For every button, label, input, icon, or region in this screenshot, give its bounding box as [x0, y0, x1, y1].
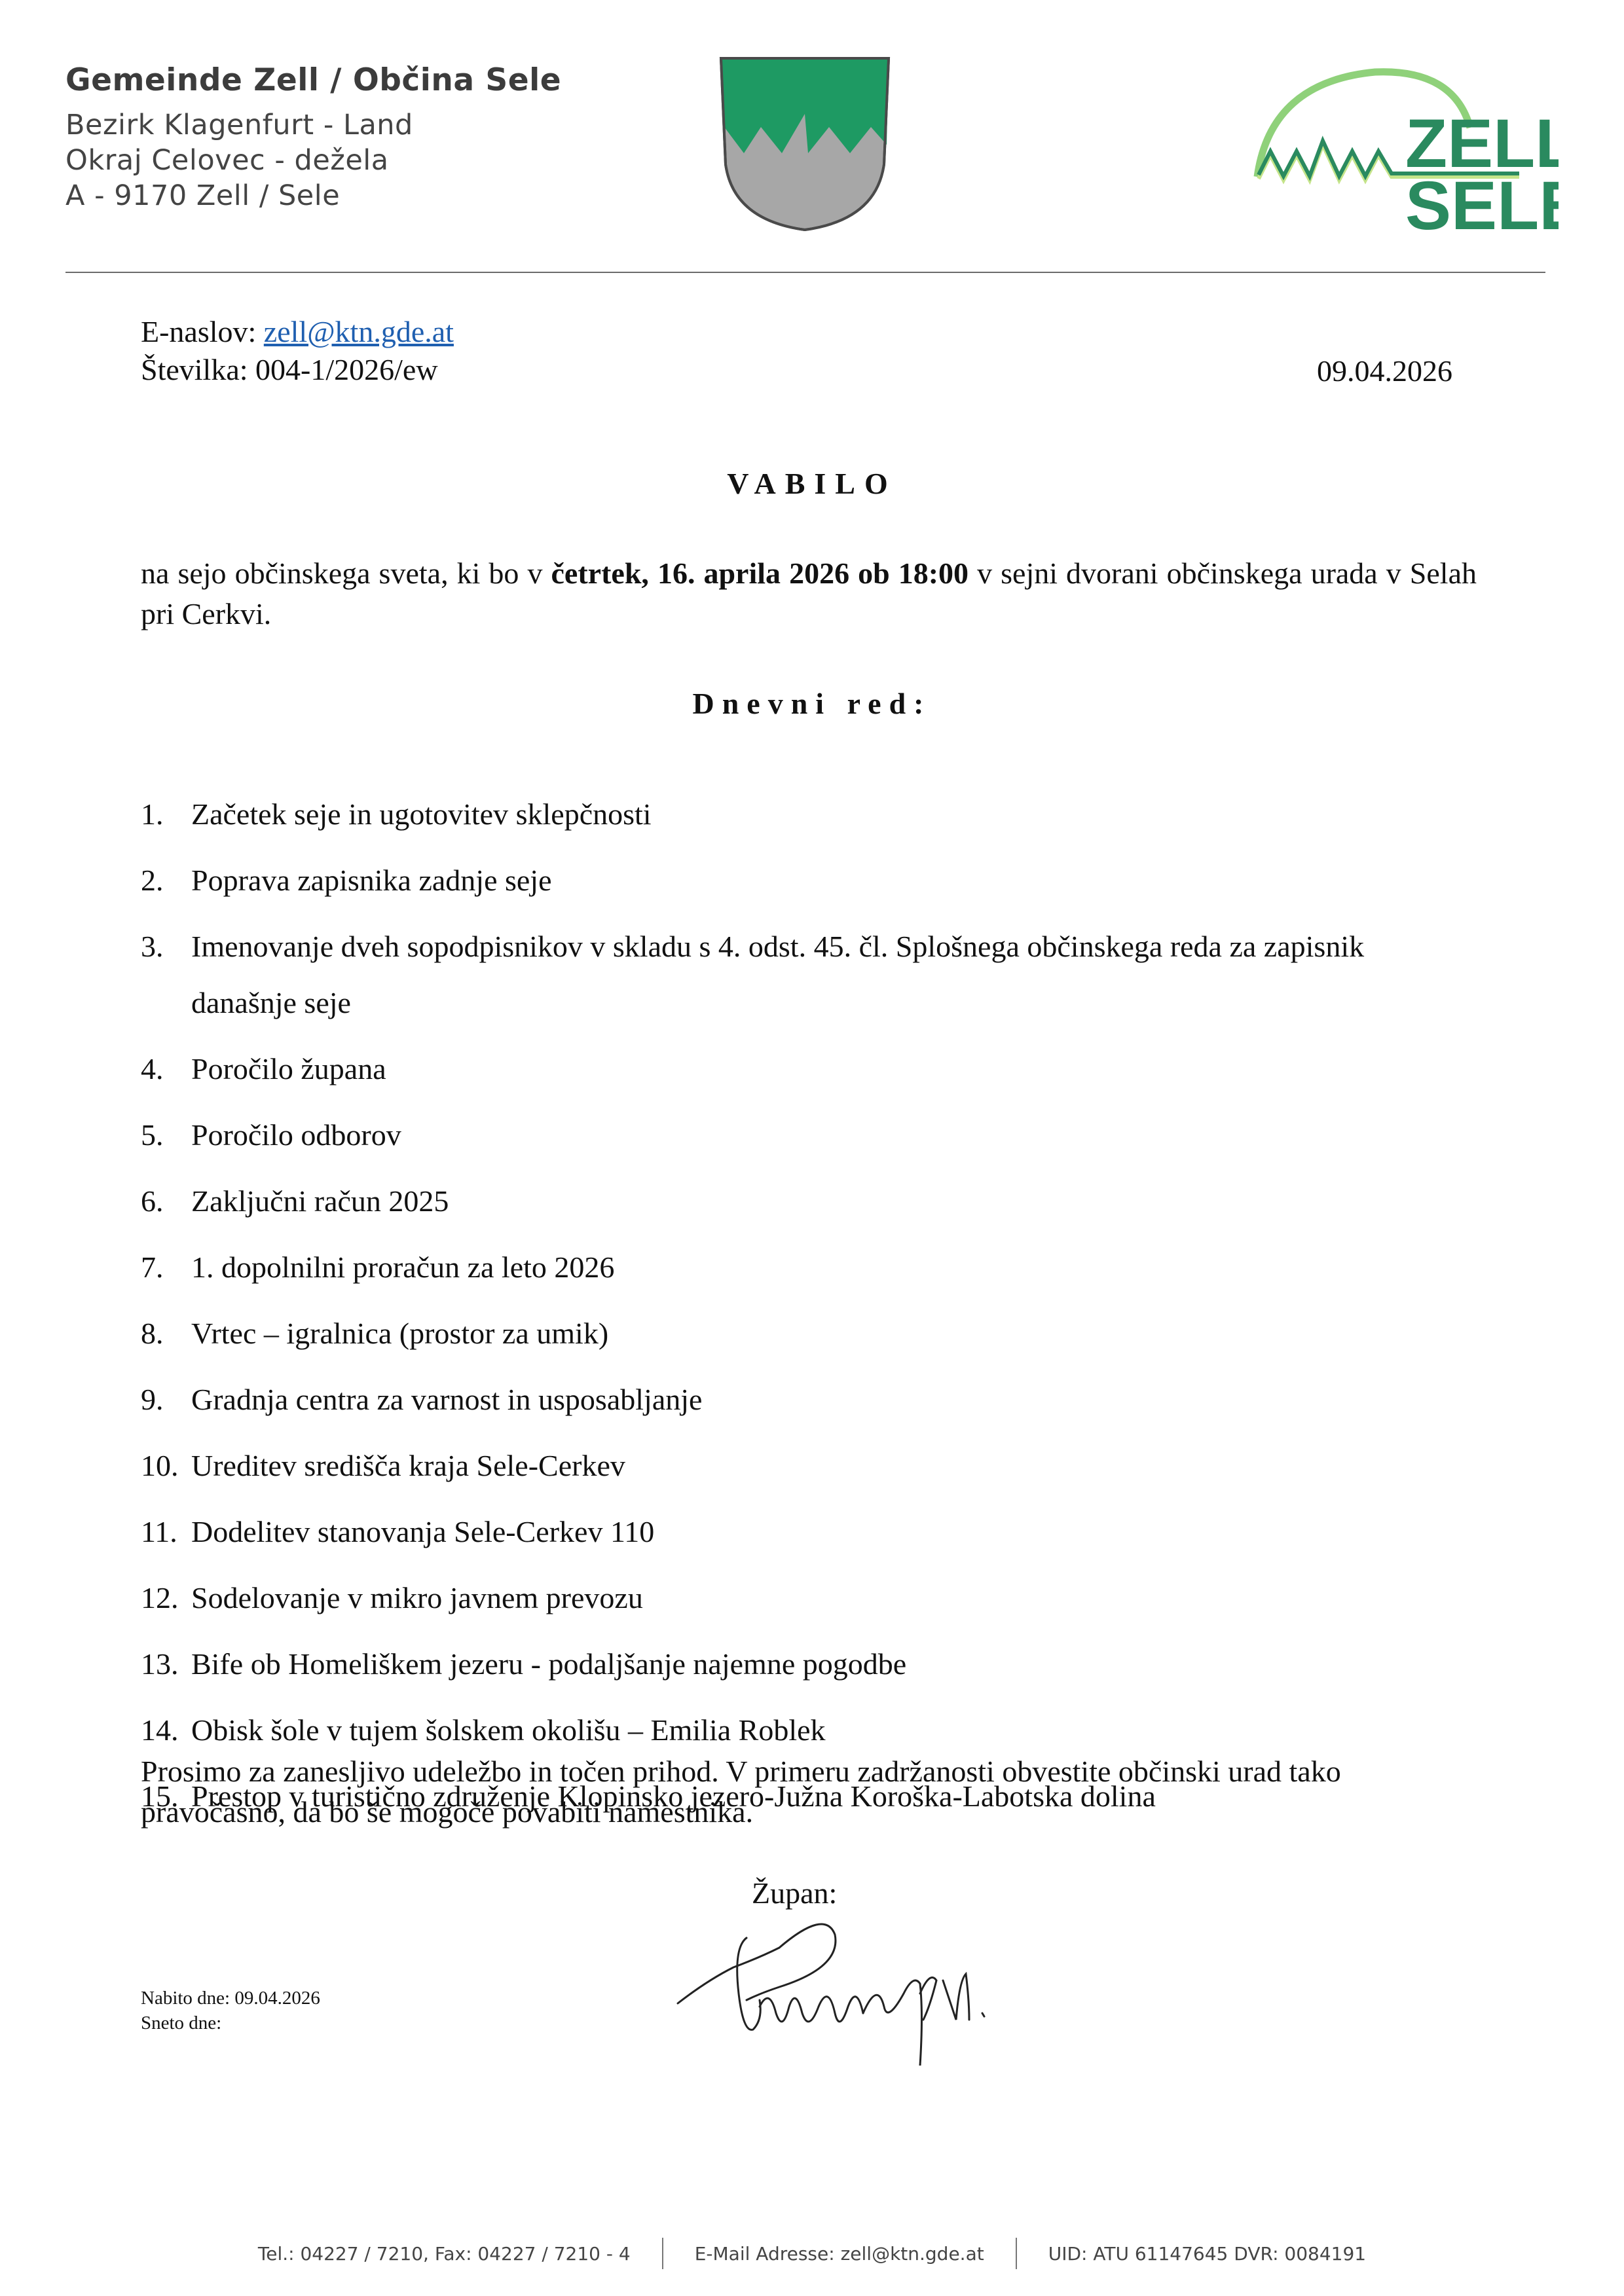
- header-divider: [65, 272, 1545, 273]
- agenda-item-number: 3.: [141, 928, 191, 1031]
- agenda-item-text: Poročilo odborov: [191, 1107, 1450, 1163]
- posted-date: Nabito dne: 09.04.2026: [141, 1986, 320, 2011]
- agenda-item-text: Ureditev središča kraja Sele-Cerkev: [191, 1438, 1450, 1494]
- agenda-item-number: 2.: [141, 862, 191, 909]
- agenda-item: 13.Bife ob Homeliškem jezeru - podaljšan…: [141, 1645, 1450, 1692]
- agenda-item: 2.Poprava zapisnika zadnje seje: [141, 862, 1450, 909]
- agenda-item-number: 11.: [141, 1513, 191, 1560]
- footer-divider: [1016, 2238, 1017, 2269]
- agenda-item-number: 7.: [141, 1248, 191, 1296]
- agenda-item-number: 8.: [141, 1315, 191, 1362]
- footer-divider: [662, 2238, 663, 2269]
- agenda-item-number: 13.: [141, 1645, 191, 1692]
- agenda-item: 11.Dodelitev stanovanja Sele-Cerkev 110: [141, 1513, 1450, 1560]
- address-line: Bezirk Klagenfurt - Land: [65, 107, 561, 143]
- agenda-item-number: 10.: [141, 1447, 191, 1494]
- footer-ids: UID: ATU 61147645 DVR: 0084191: [1048, 2243, 1366, 2265]
- agenda-item: 5.Poročilo odborov: [141, 1116, 1450, 1163]
- letter-date: 09.04.2026: [1317, 354, 1452, 388]
- meeting-datetime: četrtek, 16. aprila 2026 ob 18:00: [551, 556, 969, 590]
- address-line: A - 9170 Zell / Sele: [65, 178, 561, 213]
- intro-text: na sejo občinskega sveta, ki bo v: [141, 556, 551, 590]
- handwritten-signature-icon: [661, 1908, 1087, 2066]
- agenda-item: 9.Gradnja centra za varnost in usposablj…: [141, 1381, 1450, 1428]
- agenda-item-number: 5.: [141, 1116, 191, 1163]
- agenda-item-text: Dodelitev stanovanja Sele-Cerkev 110: [191, 1504, 1450, 1560]
- agenda-item: 12.Sodelovanje v mikro javnem prevozu: [141, 1579, 1450, 1626]
- agenda-item-text: Poprava zapisnika zadnje seje: [191, 852, 1450, 909]
- mayor-label: Župan:: [752, 1876, 837, 1910]
- agenda-item-text: Gradnja centra za varnost in usposabljan…: [191, 1372, 1450, 1428]
- agenda-item-text: Vrtec – igralnica (prostor za umik): [191, 1305, 1450, 1362]
- agenda-item-text: Obisk šole v tujem šolskem okolišu – Emi…: [191, 1702, 1450, 1758]
- agenda-list: 1.Začetek seje in ugotovitev sklepčnosti…: [141, 795, 1450, 1844]
- agenda-item-text: Poročilo župana: [191, 1041, 1450, 1097]
- agenda-item-number: 9.: [141, 1381, 191, 1428]
- removed-date: Sneto dne:: [141, 2011, 320, 2035]
- agenda-item-number: 12.: [141, 1579, 191, 1626]
- reference-number-line: Številka: 004-1/2026/ew: [141, 351, 454, 389]
- agenda-item-text: Bife ob Homeliškem jezeru - podaljšanje …: [191, 1636, 1450, 1692]
- address-line: Okraj Celovec - dežela: [65, 143, 561, 178]
- agenda-item: 7.1. dopolnilni proračun za leto 2026: [141, 1248, 1450, 1296]
- zell-sele-logo-icon: ZELL SELE: [1244, 56, 1559, 236]
- agenda-item: 1.Začetek seje in ugotovitev sklepčnosti: [141, 795, 1450, 843]
- reference-number: 004-1/2026/ew: [255, 353, 438, 386]
- svg-text:SELE: SELE: [1405, 168, 1559, 236]
- email-label: E-naslov:: [141, 315, 256, 348]
- number-label: Številka:: [141, 353, 248, 386]
- footer-phone: Tel.: 04227 / 7210, Fax: 04227 / 7210 - …: [258, 2243, 631, 2265]
- email-line: E-naslov: zell@ktn.gde.at: [141, 313, 454, 351]
- agenda-item: 3.Imenovanje dveh sopodpisnikov v skladu…: [141, 928, 1450, 1031]
- document-title: VABILO: [0, 466, 1624, 501]
- letterhead-organization: Gemeinde Zell / Občina Sele Bezirk Klage…: [65, 62, 561, 213]
- invitation-text: na sejo občinskega sveta, ki bo v četrte…: [141, 553, 1477, 634]
- coat-of-arms-icon: [719, 56, 891, 232]
- agenda-item: 4.Poročilo župana: [141, 1050, 1450, 1097]
- agenda-item-number: 1.: [141, 795, 191, 843]
- agenda-item-number: 4.: [141, 1050, 191, 1097]
- footer-email: E-Mail Adresse: zell@ktn.gde.at: [695, 2243, 984, 2265]
- agenda-item-number: 6.: [141, 1182, 191, 1230]
- footer: Tel.: 04227 / 7210, Fax: 04227 / 7210 - …: [0, 2238, 1624, 2269]
- agenda-item-text: Zaključni račun 2025: [191, 1173, 1450, 1230]
- agenda-item: 10.Ureditev središča kraja Sele-Cerkev: [141, 1447, 1450, 1494]
- agenda-item-text: Imenovanje dveh sopodpisnikov v skladu s…: [191, 919, 1450, 1031]
- agenda-item-text: Začetek seje in ugotovitev sklepčnosti: [191, 786, 1450, 843]
- agenda-item: 6.Zaključni račun 2025: [141, 1182, 1450, 1230]
- agenda-item-text: Sodelovanje v mikro javnem prevozu: [191, 1570, 1450, 1626]
- letter-meta: E-naslov: zell@ktn.gde.at Številka: 004-…: [141, 313, 454, 389]
- agenda-title: Dnevni red:: [0, 686, 1624, 721]
- agenda-item-text: 1. dopolnilni proračun za leto 2026: [191, 1239, 1450, 1296]
- posting-info: Nabito dne: 09.04.2026 Sneto dne:: [141, 1986, 320, 2035]
- agenda-item: 8.Vrtec – igralnica (prostor za umik): [141, 1315, 1450, 1362]
- email-link[interactable]: zell@ktn.gde.at: [264, 315, 454, 348]
- organization-name: Gemeinde Zell / Občina Sele: [65, 62, 561, 98]
- closing-paragraph: Prosimo za zanesljivo udeležbo in točen …: [141, 1751, 1477, 1832]
